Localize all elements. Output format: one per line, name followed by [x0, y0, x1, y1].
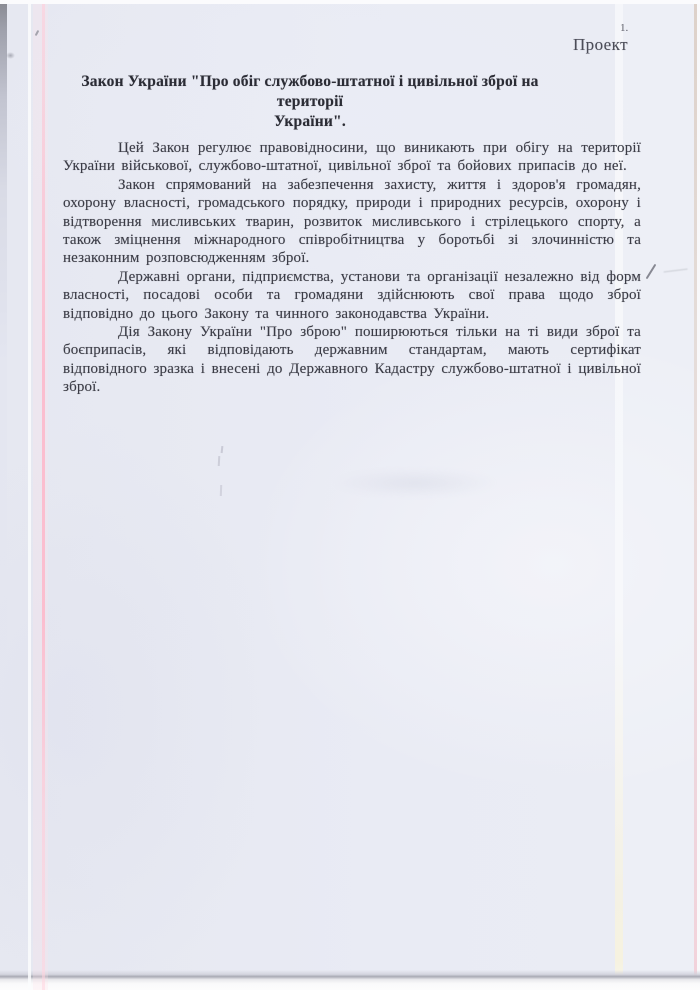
- document-title: Закон України "Про обіг службово-штатної…: [60, 72, 560, 132]
- stray-smudge: [6, 52, 15, 59]
- draft-label: Проект: [573, 35, 628, 55]
- faint-pencil-mark: [218, 456, 220, 466]
- scan-artifact-left-edge-shadow: [0, 2, 7, 952]
- paragraph-applicability: Дія Закону України "Про зброю" поширюють…: [63, 323, 641, 397]
- document-title-line1: Закон України "Про обіг службово-штатної…: [60, 72, 560, 112]
- scanned-document-page: 1. Проект Закон України "Про обіг службо…: [0, 0, 700, 990]
- paragraph-purpose: Закон спрямований на забезпечення захист…: [63, 176, 641, 268]
- document-title-line2: України".: [60, 112, 560, 132]
- margin-line-pink: [42, 0, 45, 990]
- scan-artifact-white-line: [28, 0, 31, 990]
- faint-pencil-mark: [220, 485, 222, 496]
- ink-bleed-through: [330, 468, 500, 498]
- page-number: 1.: [620, 22, 628, 34]
- document-body: Цей Закон регулює правовідносини, що вин…: [63, 139, 641, 397]
- scan-artifact-pink-halo: [33, 0, 48, 990]
- scan-artifact-page-bottom-edge: [0, 970, 700, 990]
- faint-pencil-mark: [221, 446, 223, 453]
- scan-artifact-top-edge: [0, 0, 700, 4]
- paragraph-scope: Цей Закон регулює правовідносини, що вин…: [63, 139, 641, 176]
- paragraph-rights: Державні органи, підприємства, установи …: [63, 268, 641, 323]
